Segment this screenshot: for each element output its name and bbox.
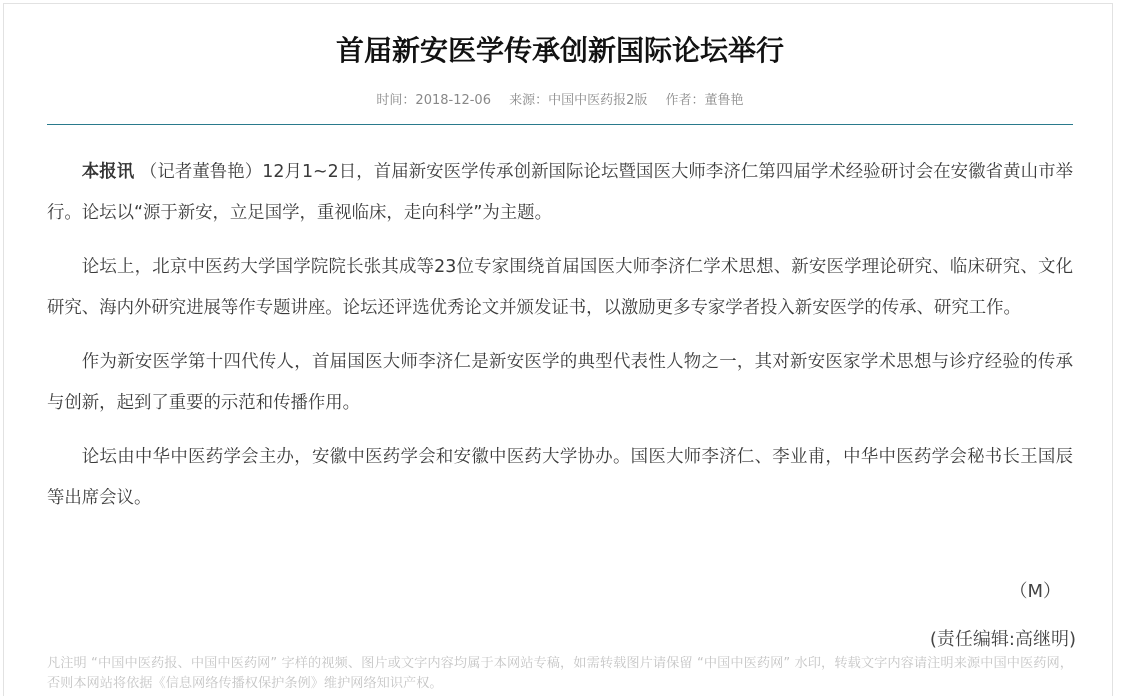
paragraph: 论坛由中华中医药学会主办，安徽中医药学会和安徽中医药大学协办。国医大师李济仁、李… — [47, 437, 1073, 519]
page-container: 首届新安医学传承创新国际论坛举行 时间：2018-12-06 来源：中国中医药报… — [3, 3, 1113, 696]
article-meta: 时间：2018-12-06 来源：中国中医药报2版 作者：董鲁艳 — [47, 91, 1073, 111]
paragraph-text: （记者董鲁艳）12月1~2日，首届新安医学传承创新国际论坛暨国医大师李济仁第四届… — [47, 162, 1073, 223]
copyright-notice: 凡注明 “中国中医药报、中国中医药网” 字样的视频、图片或文字内容均属于本网站专… — [47, 654, 1073, 694]
title-divider — [47, 124, 1073, 125]
article-source: 来源：中国中医药报2版 — [509, 93, 647, 108]
article-body: 本报讯 （记者董鲁艳）12月1~2日，首届新安医学传承创新国际论坛暨国医大师李济… — [47, 152, 1073, 532]
responsible-editor: (责任编辑:高继明) — [930, 626, 1076, 654]
article-title: 首届新安医学传承创新国际论坛举行 — [47, 31, 1073, 71]
paragraph: 作为新安医学第十四代传人，首届国医大师李济仁是新安医学的典型代表性人物之一，其对… — [47, 342, 1073, 424]
publish-time: 时间：2018-12-06 — [376, 93, 491, 108]
paragraph: 本报讯 （记者董鲁艳）12月1~2日，首届新安医学传承创新国际论坛暨国医大师李济… — [47, 152, 1073, 234]
article-author: 作者：董鲁艳 — [666, 93, 744, 108]
paragraph: 论坛上，北京中医药大学国学院院长张其成等23位专家围绕首届国医大师李济仁学术思想… — [47, 247, 1073, 329]
author-signature: （M） — [1009, 577, 1061, 607]
lead-label: 本报讯 — [82, 162, 134, 182]
